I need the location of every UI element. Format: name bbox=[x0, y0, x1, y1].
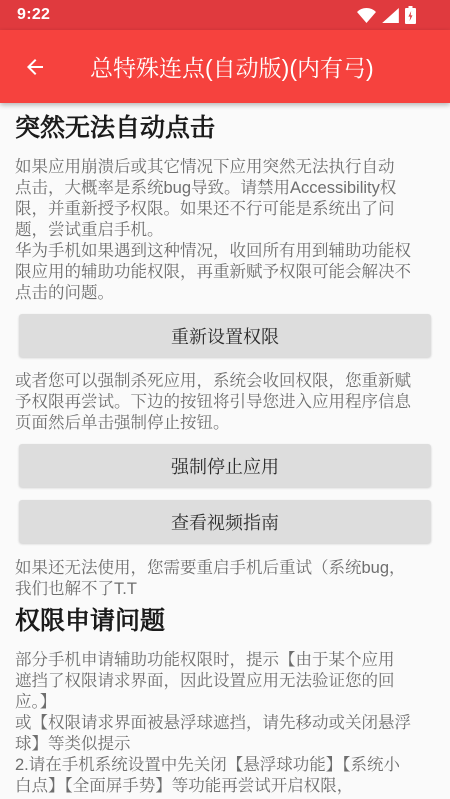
paragraph-restart-note: 如果还无法使用，您需要重启手机后重试（系统bug， 我们也解不了T.T bbox=[15, 558, 435, 600]
app-bar: 总特殊连点(自动版)(内有弓) bbox=[0, 30, 450, 103]
battery-charging-icon bbox=[405, 6, 416, 24]
video-guide-button[interactable]: 查看视频指南 bbox=[19, 500, 431, 543]
arrow-left-icon bbox=[23, 55, 47, 79]
paragraph-permission-issue: 部分手机申请辅助功能权限时，提示【由于某个应用 遮挡了权限请求界面，因此设置应用… bbox=[15, 650, 435, 797]
phone-screen: 9:22 总特殊连点(自动版)(内有弓) 突然无法自动点击 如果应用崩溃 bbox=[0, 0, 450, 799]
reset-permission-button[interactable]: 重新设置权限 bbox=[19, 314, 431, 357]
cellular-signal-icon bbox=[382, 8, 399, 23]
status-bar: 9:22 bbox=[0, 0, 450, 30]
paragraph-crash-explain: 如果应用崩溃后或其它情况下应用突然无法执行自动 点击，大概率是系统bug导致。请… bbox=[15, 157, 435, 304]
paragraph-force-kill-explain: 或者您可以强制杀死应用，系统会收回权限，您重新赋 予权限再尝试。下边的按钮将引导… bbox=[15, 371, 435, 434]
content-area[interactable]: 突然无法自动点击 如果应用崩溃后或其它情况下应用突然无法执行自动 点击，大概率是… bbox=[0, 103, 450, 799]
back-button[interactable] bbox=[13, 45, 57, 89]
status-time: 9:22 bbox=[17, 6, 50, 24]
force-stop-app-button[interactable]: 强制停止应用 bbox=[19, 444, 431, 487]
wifi-icon bbox=[357, 8, 376, 23]
section-heading-permission-request: 权限申请问题 bbox=[15, 605, 435, 638]
page-title: 总特殊连点(自动版)(内有弓) bbox=[90, 30, 374, 103]
section-heading-no-autoclick: 突然无法自动点击 bbox=[15, 112, 435, 145]
status-icons bbox=[357, 6, 416, 24]
